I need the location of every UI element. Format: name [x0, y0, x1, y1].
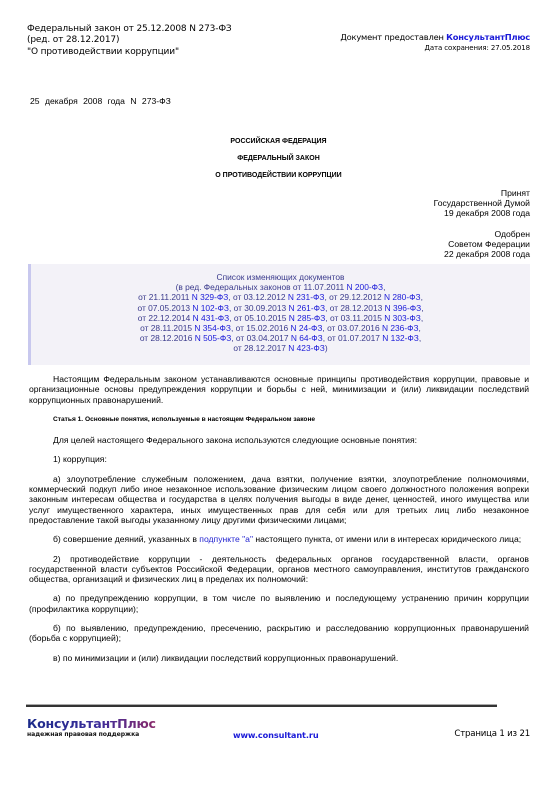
approved-date: 22 декабря 2008 года — [434, 249, 530, 259]
amendment-law-link[interactable]: N 303-ФЗ — [384, 313, 421, 323]
amendment-law-link[interactable]: N 285-ФЗ — [289, 313, 326, 323]
save-date: Дата сохранения: 27.05.2018 — [340, 43, 530, 53]
logo-tagline: надежная правовая поддержка — [27, 731, 156, 739]
amendment-law-link[interactable]: N 24-ФЗ — [291, 323, 323, 333]
logo-name: КонсультантПлюс — [27, 717, 156, 731]
provider-brand-link[interactable]: КонсультантПлюс — [446, 32, 530, 42]
adopted-date: 19 декабря 2008 года — [434, 208, 530, 218]
page-number: Страница 1 из 21 — [454, 729, 530, 739]
amendment-line: от 21.11.2011 N 329-ФЗ, от 03.12.2012 N … — [31, 292, 530, 302]
provided-by-label: Документ предоставлен — [340, 32, 446, 42]
law-number-line: 25 декабря 2008 года N 273-ФЗ — [30, 96, 171, 106]
amendment-law-link[interactable]: N 64-ФЗ — [291, 333, 323, 343]
document-title-header: Федеральный закон от 25.12.2008 N 273-ФЗ… — [27, 24, 232, 58]
amendments-list-box: Список изменяющих документов (в ред. Фед… — [28, 264, 530, 365]
amendment-line: от 28.12.2016 N 505-ФЗ, от 03.04.2017 N … — [31, 333, 530, 343]
amendment-line: (в ред. Федеральных законов от 11.07.201… — [31, 282, 530, 292]
amendment-law-link[interactable]: N 329-ФЗ — [192, 292, 229, 302]
amendment-law-link[interactable]: N 431-ФЗ — [193, 313, 230, 323]
subpoint-a-link[interactable]: подпункте "а" — [199, 534, 253, 544]
amendment-law-link[interactable]: N 261-ФЗ — [288, 303, 325, 313]
definitions-intro: Для целей настоящего Федерального закона… — [29, 435, 529, 445]
amendment-line: от 28.11.2015 N 354-ФЗ, от 15.02.2016 N … — [31, 323, 530, 333]
website-link[interactable]: www.consultant.ru — [233, 730, 319, 740]
amendments-title: Список изменяющих документов — [31, 272, 530, 282]
amendments-lines: (в ред. Федеральных законов от 11.07.201… — [31, 282, 530, 353]
amendment-law-link[interactable]: N 505-ФЗ — [195, 333, 232, 343]
item-2c: в) по минимизации и (или) ликвидации пос… — [29, 653, 529, 663]
amendment-line: от 28.12.2017 N 423-ФЗ) — [31, 343, 530, 353]
doc-edition-line: (ред. от 28.12.2017) — [27, 35, 232, 46]
item-1: 1) коррупция: — [29, 454, 529, 464]
amendment-law-link[interactable]: N 200-ФЗ — [347, 282, 384, 292]
amendment-law-link[interactable]: N 231-ФЗ — [288, 292, 325, 302]
consultant-plus-logo: КонсультантПлюс надежная правовая поддер… — [27, 717, 156, 739]
doc-title-line: Федеральный закон от 25.12.2008 N 273-ФЗ — [27, 24, 232, 35]
adopted-body: Государственной Думой — [434, 198, 530, 208]
title-law-type: ФЕДЕРАЛЬНЫЙ ЗАКОН — [0, 154, 557, 171]
item-2: 2) противодействие коррупции - деятельно… — [29, 554, 529, 585]
amendment-law-link[interactable]: N 423-ФЗ — [288, 343, 325, 353]
provider-header: Документ предоставлен КонсультантПлюс Да… — [340, 32, 530, 53]
adoption-info: Принят Государственной Думой 19 декабря … — [434, 188, 530, 259]
article-1-title: Статья 1. Основные понятия, используемые… — [29, 415, 529, 425]
adopted-label: Принят — [434, 188, 530, 198]
amendment-line: от 07.05.2013 N 102-ФЗ, от 30.09.2013 N … — [31, 303, 530, 313]
approved-label: Одобрен — [434, 229, 530, 239]
law-titles: РОССИЙСКАЯ ФЕДЕРАЦИЯ ФЕДЕРАЛЬНЫЙ ЗАКОН О… — [0, 137, 557, 188]
item-1b: б) совершение деяний, указанных в подпун… — [29, 534, 529, 544]
item-1a: а) злоупотребление служебным положением,… — [29, 474, 529, 525]
amendment-law-link[interactable]: N 102-ФЗ — [192, 303, 229, 313]
item-2b: б) по выявлению, предупреждению, пресече… — [29, 623, 529, 644]
doc-name-line: "О противодействии коррупции" — [27, 47, 232, 58]
approved-body: Советом Федерации — [434, 239, 530, 249]
amendment-law-link[interactable]: N 354-ФЗ — [194, 323, 231, 333]
amendment-line: от 22.12.2014 N 431-ФЗ, от 05.10.2015 N … — [31, 313, 530, 323]
amendment-law-link[interactable]: N 280-ФЗ — [384, 292, 421, 302]
amendment-law-link[interactable]: N 132-ФЗ — [382, 333, 419, 343]
law-body: Настоящим Федеральным законом устанавлив… — [29, 374, 529, 663]
provided-by: Документ предоставлен КонсультантПлюс — [340, 32, 530, 43]
amendment-law-link[interactable]: N 236-ФЗ — [382, 323, 419, 333]
title-country: РОССИЙСКАЯ ФЕДЕРАЦИЯ — [0, 137, 557, 154]
footer-divider — [26, 704, 497, 707]
item-2a: а) по предупреждению коррупции, в том чи… — [29, 593, 529, 614]
title-law-name: О ПРОТИВОДЕЙСТВИИ КОРРУПЦИИ — [0, 171, 557, 188]
amendment-law-link[interactable]: N 396-ФЗ — [385, 303, 422, 313]
preamble: Настоящим Федеральным законом устанавлив… — [29, 374, 529, 405]
